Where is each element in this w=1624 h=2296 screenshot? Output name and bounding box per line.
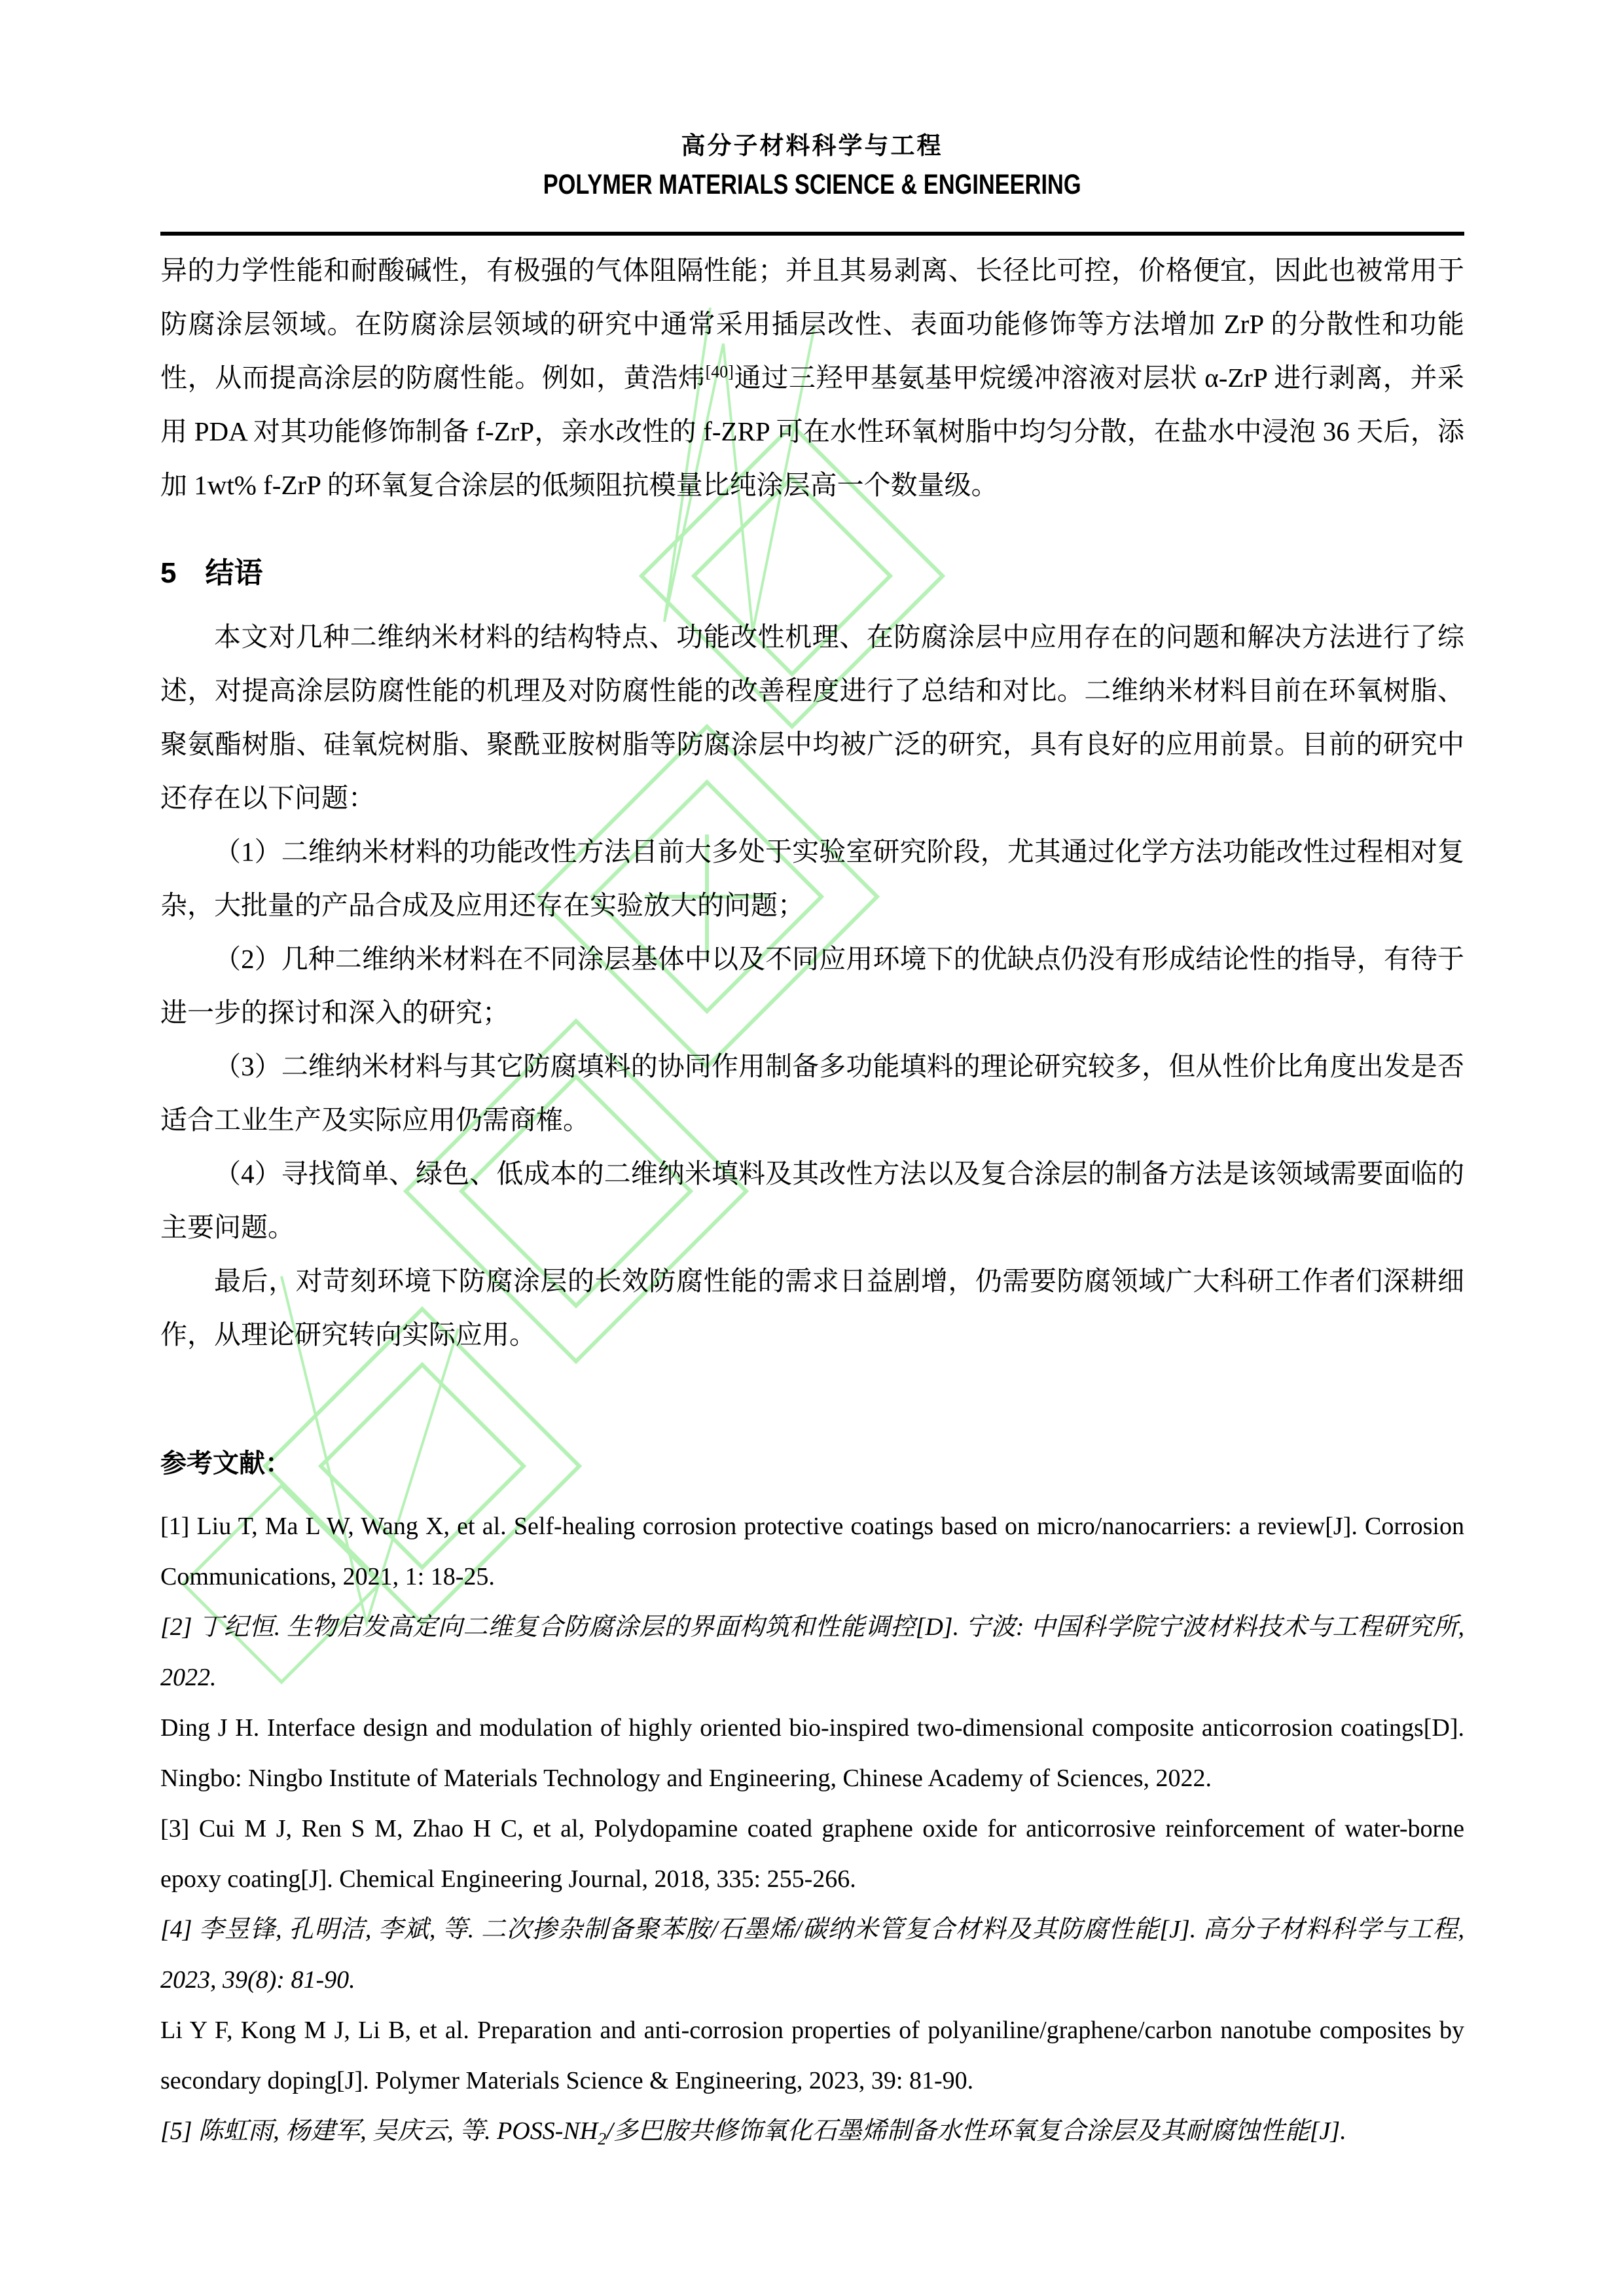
reference-item-3: [3] Cui M J, Ren S M, Zhao H C, et al, P…	[160, 1804, 1464, 1905]
references-heading: 参考文献：	[160, 1445, 1464, 1482]
section-number: 5	[160, 557, 176, 589]
reference-item-1: [1] Liu T, Ma L W, Wang X, et al. Self-h…	[160, 1501, 1464, 1602]
journal-title-en-wrap: POLYMER MATERIALS SCIENCE & ENGINEERING	[0, 169, 1624, 201]
reference-item-5: [5] 陈虹雨, 杨建军, 吴庆云, 等. POSS-NH2/多巴胺共修饰氧化石…	[160, 2106, 1464, 2157]
reference-item-2-cn: [2] 丁纪恒. 生物启发高定向二维复合防腐涂层的界面构筑和性能调控[D]. 宁…	[160, 1602, 1464, 1703]
document-page: 高分子材料科学与工程 POLYMER MATERIALS SCIENCE & E…	[0, 0, 1624, 2296]
citation-superscript: [40]	[706, 362, 734, 381]
reference-text: [5] 陈虹雨, 杨建军, 吴庆云, 等. POSS-NH	[160, 2117, 598, 2145]
reference-text: /多巴胺共修饰氧化石墨烯制备水性环氧复合涂层及其耐腐蚀性能[J].	[606, 2117, 1346, 2145]
references-list: [1] Liu T, Ma L W, Wang X, et al. Self-h…	[160, 1501, 1464, 2157]
page-content: 异的力学性能和耐酸碱性，有极强的气体阻隔性能；并且其易剥离、长径比可控，价格便宜…	[160, 243, 1464, 2157]
conclusion-item-2: （2）几种二维纳米材料在不同涂层基体中以及不同应用环境下的优缺点仍没有形成结论性…	[160, 932, 1464, 1039]
journal-title-cn: 高分子材料科学与工程	[0, 126, 1624, 161]
paragraph-continued-from-previous-page: 异的力学性能和耐酸碱性，有极强的气体阻隔性能；并且其易剥离、长径比可控，价格便宜…	[160, 243, 1464, 512]
journal-title-en: POLYMER MATERIALS SCIENCE & ENGINEERING	[543, 169, 1081, 201]
closing-paragraph: 最后，对苛刻环境下防腐涂层的长效防腐性能的需求日益剧增，仍需要防腐领域广大科研工…	[160, 1254, 1464, 1361]
section-title: 结语	[205, 557, 262, 589]
conclusion-item-3: （3）二维纳米材料与其它防腐填料的协同作用制备多功能填料的理论研究较多，但从性价…	[160, 1039, 1464, 1147]
conclusion-item-1: （1）二维纳米材料的功能改性方法目前大多处于实验室研究阶段，尤其通过化学方法功能…	[160, 825, 1464, 932]
reference-item-4-en: Li Y F, Kong M J, Li B, et al. Preparati…	[160, 2005, 1464, 2106]
conclusion-paragraph: 本文对几种二维纳米材料的结构特点、功能改性机理、在防腐涂层中应用存在的问题和解决…	[160, 610, 1464, 825]
chemical-subscript: 2	[598, 2130, 606, 2149]
reference-item-2-en: Ding J H. Interface design and modulatio…	[160, 1703, 1464, 1804]
conclusion-item-4: （4）寻找简单、绿色、低成本的二维纳米填料及其改性方法以及复合涂层的制备方法是该…	[160, 1147, 1464, 1254]
header-rule	[160, 232, 1464, 236]
reference-item-4-cn: [4] 李昱锋, 孔明洁, 李斌, 等. 二次掺杂制备聚苯胺/石墨烯/碳纳米管复…	[160, 1905, 1464, 2005]
section-heading-conclusion: 5结语	[160, 554, 1464, 593]
